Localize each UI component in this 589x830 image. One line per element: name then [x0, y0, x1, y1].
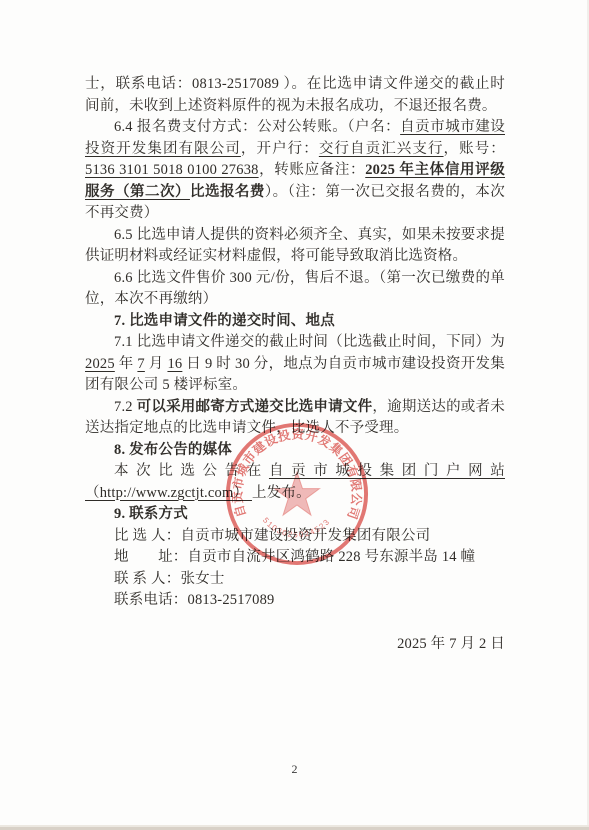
contact-value: 张女士 [180, 571, 224, 587]
contact-row-address: 地 址：自贡市自流井区鸿鹤路 228 号东源半岛 14 幢 [114, 547, 505, 569]
contact-label: 联系电话： [114, 592, 188, 608]
contact-label: 联 系 人： [114, 571, 180, 587]
paragraph-6-6-price: 6.6 比选文件售价 300 元/份，售后不退。（第一次已缴费的单位，本次不再缴… [85, 268, 505, 311]
page-number: 2 [0, 762, 589, 777]
contact-value: 自贡市城市建设投资开发集团有限公司 [180, 528, 430, 544]
paragraph-7-2-mailing: 7.2 可以采用邮寄方式递交比选申请文件，逾期送达的或者未送达指定地点的比选申请… [85, 397, 505, 440]
paragraph-7-1-deadline: 7.1 比选申请文件递交的截止时间（比选截止时间，下同）为 2025 年 7 月… [85, 332, 505, 397]
contact-value: 0813-2517089 [188, 592, 275, 608]
bank-name: 交行自贡汇兴支行 [319, 141, 444, 157]
contact-label: 地 址： [114, 549, 188, 565]
document-page: 士，联系电话：0813-2517089 ）。在比选申请文件递交的截止时间前，未收… [0, 0, 589, 830]
paragraph-contact-continuation: 士，联系电话：0813-2517089 ）。在比选申请文件递交的截止时间前，未收… [85, 74, 505, 117]
mailing-allowed-text: 可以采用邮寄方式递交比选申请文件 [137, 399, 373, 415]
account-number: 5136 3101 5018 0100 27638 [85, 162, 259, 178]
contact-row-selector: 比 选 人：自贡市城市建设投资开发集团有限公司 [114, 526, 505, 548]
document-date: 2025 年 7 月 2 日 [85, 634, 505, 656]
paragraph-6-4-payment: 6.4 报名费支付方式：公对公转账。（户名：自贡市城市建设投资开发集团有限公司，… [85, 117, 505, 225]
contact-value: 自贡市自流井区鸿鹤路 228 号东源半岛 14 幢 [188, 549, 476, 565]
document-text: 士，联系电话：0813-2517089 ）。在比选申请文件递交的截止时间前，未收… [85, 74, 505, 655]
contact-label: 比 选 人： [114, 528, 180, 544]
paragraph-6-5-materials: 6.5 比选申请人提供的资料必须齐全、真实，如果未按要求提供证明材料或经证实材料… [85, 225, 505, 268]
contact-row-phone: 联系电话：0813-2517089 [114, 590, 505, 612]
deadline-day: 16 [167, 356, 182, 372]
deadline-year: 2025 [85, 356, 115, 372]
section-9-heading: 9. 联系方式 [85, 504, 505, 526]
paragraph-8-media: 本次比选公告在自贡市城投集团门户网站（http://www.zgctjt.com… [85, 461, 505, 504]
deadline-month: 7 [137, 356, 144, 372]
section-8-heading: 8. 发布公告的媒体 [85, 440, 505, 462]
section-7-heading: 7. 比选申请文件的递交时间、地点 [85, 311, 505, 333]
contact-row-person: 联 系 人：张女士 [114, 569, 505, 591]
